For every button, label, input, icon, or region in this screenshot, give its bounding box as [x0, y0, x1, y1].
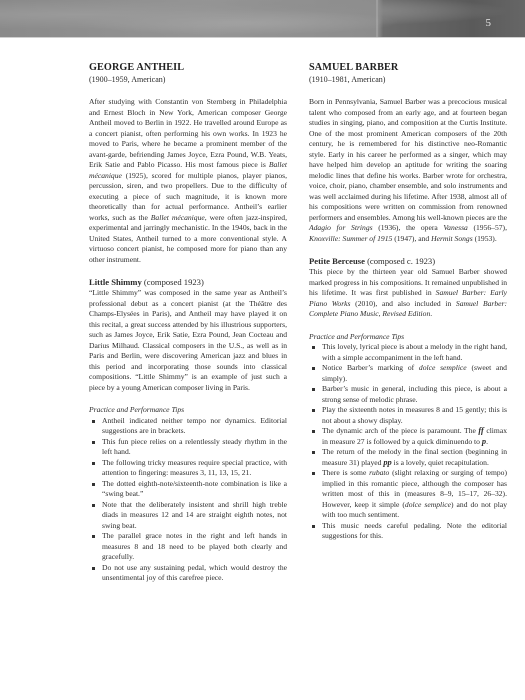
tip-item: The following tricky measures require sp…	[102, 458, 287, 479]
tip-item: Notice Barber’s marking of dolce semplic…	[322, 363, 507, 384]
piece-description: This piece by the thirteen year old Samu…	[309, 267, 507, 320]
piece-composed: (composed 1923)	[142, 277, 204, 287]
piece-title: Petite Berceuse (composed c. 1923)	[309, 256, 507, 267]
composer-name: SAMUEL BARBER	[309, 62, 507, 74]
italic-title: Knoxville: Summer of 1915	[309, 234, 392, 243]
tips-list: Antheil indicated neither tempo nor dyna…	[89, 416, 287, 584]
tip-item: This lovely, lyrical piece is about a me…	[322, 342, 507, 363]
italic-title: dolce semplice	[405, 500, 451, 509]
tip-item: Do not use any sustaining pedal, which w…	[102, 563, 287, 584]
composer-bio: Born in Pennsylvania, Samuel Barber was …	[309, 97, 507, 244]
composer-dates: (1900–1959, American)	[89, 74, 287, 85]
piece-description: “Little Shimmy” was composed in the same…	[89, 288, 287, 393]
tip-item: The parallel grace notes in the right an…	[102, 531, 287, 563]
composer-name: GEORGE ANTHEIL	[89, 62, 287, 74]
tip-item: The dynamic arch of the piece is paramou…	[322, 426, 507, 447]
italic-title: Ballet mécanique	[151, 213, 205, 222]
tip-item: Note that the deliberately insistent and…	[102, 500, 287, 532]
antheil-column: GEORGE ANTHEIL (1900–1959, American) Aft…	[89, 62, 287, 584]
tips-heading: Practice and Performance Tips	[89, 405, 287, 416]
tip-item: This fun piece relies on a relentlessly …	[102, 437, 287, 458]
italic-title: Adagio for Strings	[309, 223, 373, 232]
banner-divider	[376, 0, 378, 37]
italic-title: Hermit Songs	[431, 234, 473, 243]
tip-item: Play the sixteenth notes in measures 8 a…	[322, 405, 507, 426]
tips-heading: Practice and Performance Tips	[309, 332, 507, 343]
italic-title: rubato	[369, 468, 389, 477]
piece-composed: (composed c. 1923)	[365, 256, 435, 266]
composer-dates: (1910–1981, American)	[309, 74, 507, 85]
italic-title: Vanessa	[443, 223, 467, 232]
tip-item: Antheil indicated neither tempo nor dyna…	[102, 416, 287, 437]
page-number: 5	[486, 17, 492, 29]
piece-name: Petite Berceuse	[309, 256, 365, 266]
dynamic-marking: p	[482, 437, 486, 446]
dynamic-marking: pp	[383, 458, 391, 467]
tips-list: This lovely, lyrical piece is about a me…	[309, 342, 507, 542]
dynamic-marking: ff	[478, 426, 483, 435]
tip-item: The dotted eighth-note/sixteenth-note co…	[102, 479, 287, 500]
tip-item: This music needs careful pedaling. Note …	[322, 521, 507, 542]
tip-item: There is some rubato (slight relaxing or…	[322, 468, 507, 521]
tip-item: Barber’s music in general, including thi…	[322, 384, 507, 405]
page-header-banner: 5	[0, 0, 525, 38]
piece-name: Little Shimmy	[89, 277, 142, 287]
piece-title: Little Shimmy (composed 1923)	[89, 277, 287, 288]
italic-title: dolce semplice	[419, 363, 467, 372]
barber-column: SAMUEL BARBER (1910–1981, American) Born…	[309, 62, 507, 542]
tip-item: The return of the melody in the final se…	[322, 447, 507, 468]
italic-title: Ballet mécanique	[89, 160, 287, 180]
composer-bio: After studying with Constantin von Stern…	[89, 97, 287, 265]
